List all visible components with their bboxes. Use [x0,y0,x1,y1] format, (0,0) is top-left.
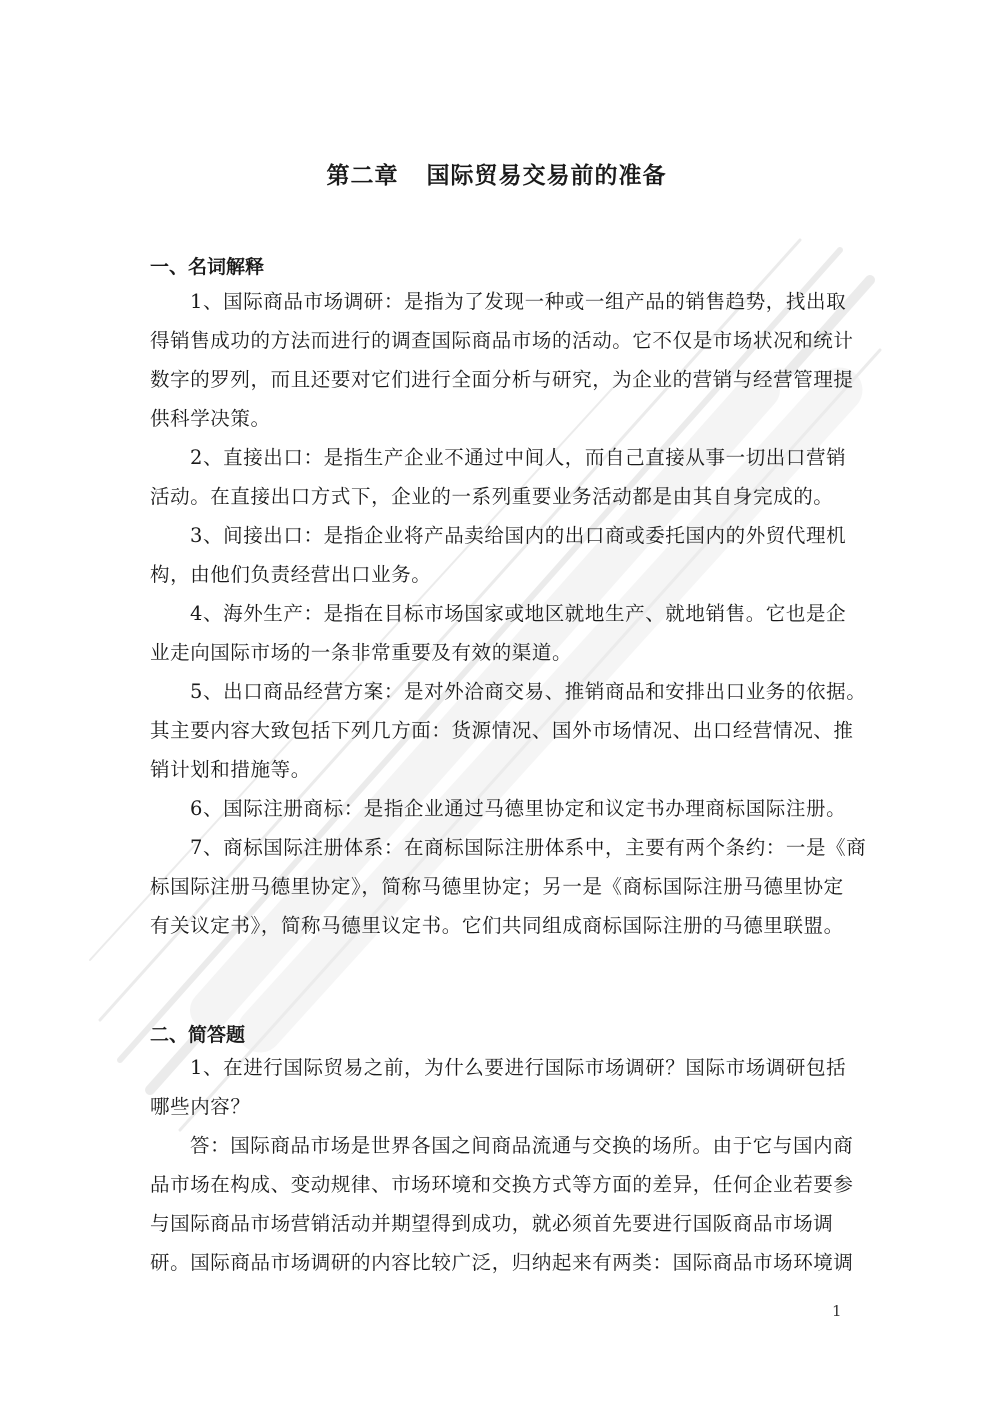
paragraph-line: 与国际商品市场营销活动并期望得到成功，就必须首先要进行国阪商品市场调 [150,1208,850,1236]
paragraph-line: 标国际注册马德里协定》，简称马德里协定；另一是《商标国际注册马德里协定 [150,871,850,899]
chapter-title: 第二章国际贸易交易前的准备 [0,157,993,190]
paragraph-line: 1、国际商品市场调研：是指为了发现一种或一组产品的销售趋势，找出取 [190,286,850,314]
paragraph-line: 销计划和措施等。 [150,754,850,782]
paragraph-line: 有关议定书》，简称马德里议定书。它们共同组成商标国际注册的马德里联盟。 [150,910,850,938]
paragraph-line: 活动。在直接出口方式下，企业的一系列重要业务活动都是由其自身完成的。 [150,481,850,509]
paragraph-line: 7、商标国际注册体系：在商标国际注册体系中，主要有两个条约：一是《商 [190,832,850,860]
paragraph-line: 1、在进行国际贸易之前，为什么要进行国际市场调研？国际市场调研包括 [190,1052,850,1080]
page-number: 1 [832,1302,842,1320]
chapter-name: 国际贸易交易前的准备 [427,163,667,189]
paragraph-line: 业走向国际市场的一条非常重要及有效的渠道。 [150,637,850,665]
paragraph-line: 供科学决策。 [150,403,850,431]
paragraph-line: 4、海外生产：是指在目标市场国家或地区就地生产、就地销售。它也是企 [190,598,850,626]
paragraph-line: 6、国际注册商标：是指企业通过马德里协定和议定书办理商标国际注册。 [190,793,850,821]
paragraph-line: 数字的罗列，而且还要对它们进行全面分析与研究，为企业的营销与经营管理提 [150,364,850,392]
paragraph-line: 答：国际商品市场是世界各国之间商品流通与交换的场所。由于它与国内商 [190,1130,850,1158]
paragraph-line: 5、出口商品经营方案：是对外洽商交易、推销商品和安排出口业务的依据。 [190,676,850,704]
paragraph-line: 2、直接出口：是指生产企业不通过中间人，而自己直接从事一切出口营销 [190,442,850,470]
section-heading-terms: 一、名词解释 [150,252,264,279]
paragraph-line: 其主要内容大致包括下列几方面：货源情况、国外市场情况、出口经营情况、推 [150,715,850,743]
paragraph-line: 构，由他们负责经营出口业务。 [150,559,850,587]
paragraph-line: 哪些内容？ [150,1091,850,1119]
paragraph-line: 得销售成功的方法而进行的调查国际商品市场的活动。它不仅是市场状况和统计 [150,325,850,353]
paragraph-line: 研。国际商品市场调研的内容比较广泛，归纳起来有两类：国际商品市场环境调 [150,1247,850,1275]
section-heading-short-answer: 二、简答题 [150,1020,245,1047]
paragraph-line: 品市场在构成、变动规律、市场环境和交换方式等方面的差异，任何企业若要参 [150,1169,850,1197]
chapter-number: 第二章 [327,163,399,189]
paragraph-line: 3、间接出口：是指企业将产品卖给国内的出口商或委托国内的外贸代理机 [190,520,850,548]
